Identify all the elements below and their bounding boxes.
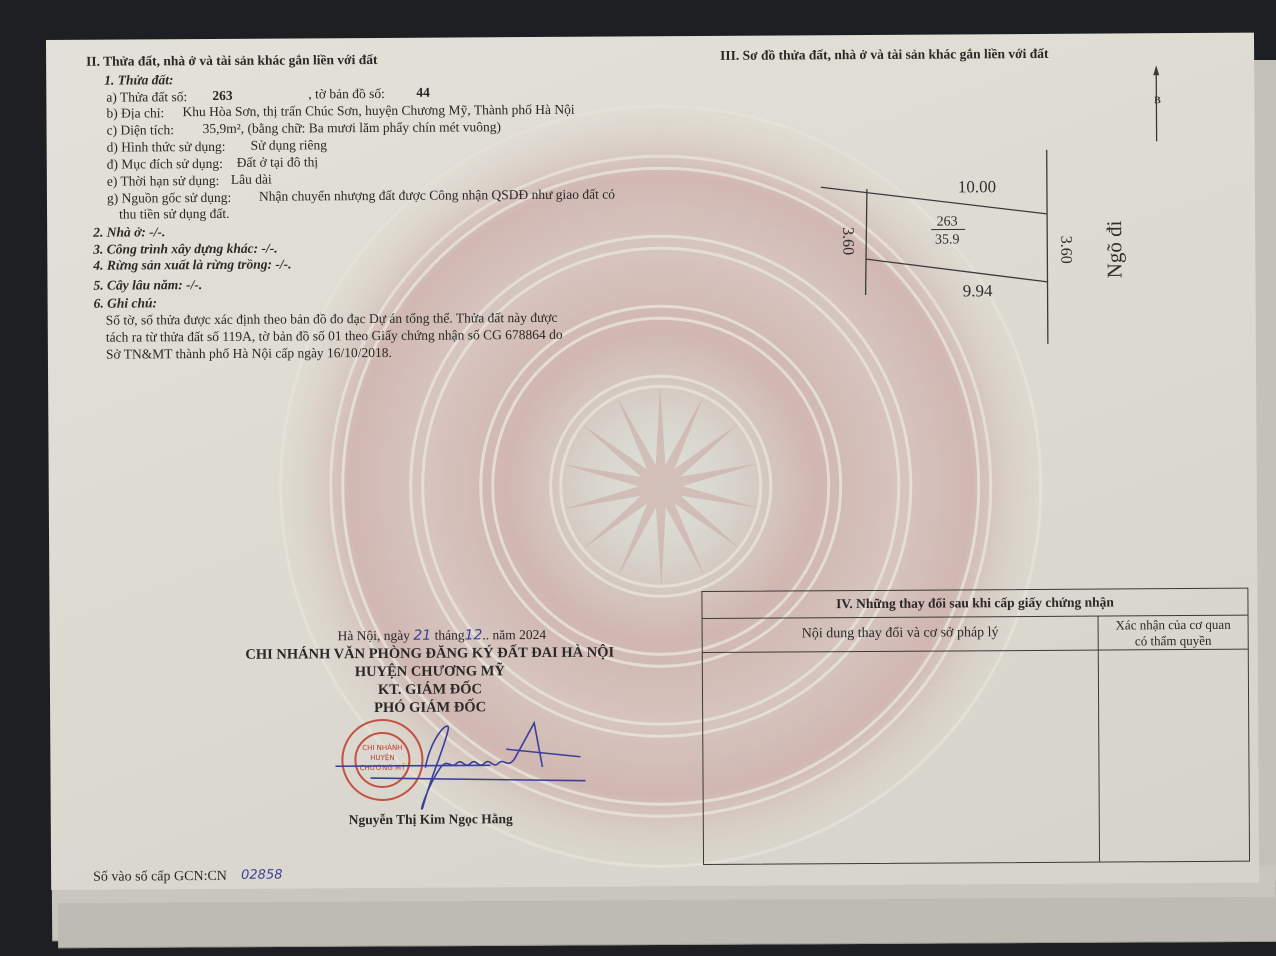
notes-line-1: Số tờ, số thửa được xác định theo bản đồ… [106,310,558,328]
section-iii-title: III. Sơ đồ thửa đất, nhà ở và tài sản kh… [720,46,1048,63]
address-label: b) Địa chỉ: [106,105,164,120]
notes-line-3: Sở TN&MT thành phố Hà Nội cấp ngày 16/10… [106,345,392,362]
notes-line-2: tách ra từ thửa đất số 119A, tờ bản đồ s… [106,327,563,345]
origin-value-line2: thu tiền sử dụng đất. [119,206,230,222]
office-line-1: CHI NHÁNH VĂN PHÒNG ĐĂNG KÝ ĐẤT ĐAI HÀ N… [210,645,650,663]
changes-table: IV. Những thay đổi sau khi cấp giấy chứn… [701,588,1250,865]
signer-name: Nguyễn Thị Kim Ngọc Hằng [271,811,591,828]
north-arrow-icon [1153,65,1159,75]
official-seal-and-signature-icon: CHI NHÁNH HUYỆN CHƯƠNG MỸ [330,707,591,819]
seal-text-1: CHI NHÁNH [362,743,402,752]
date-month-label: tháng [435,627,465,642]
section-ii-title: II. Thửa đất, nhà ở và tài sản khác gắn … [86,52,377,69]
edge-right: 3.60 [1057,236,1074,264]
registry-label: Số vào sổ cấp GCN:CN [93,869,227,885]
road-label: Ngõ đi [1102,220,1126,278]
parcel-number: 263 [212,88,232,103]
date-line: Hà Nội, ngày 21 tháng12.. năm 2024 [338,627,547,644]
office-line-2: HUYỆN CHƯƠNG MỸ [210,663,650,681]
origin-value-line1: Nhận chuyển nhượng đất được Công nhận QS… [259,187,615,204]
map-sheet-number: 44 [416,85,430,100]
map-sheet-label: , tờ bản đồ số: [308,86,385,101]
address-value: Khu Hòa Sơn, thị trấn Chúc Sơn, huyện Ch… [182,102,574,119]
parcel-area-diagram: 35.9 [935,232,960,247]
production-forest-row: 4. Rừng sản xuất là rừng trồng: -/-. [93,257,291,273]
role-line-1: KT. GIÁM ĐỐC [210,681,650,699]
north-label: B [1154,95,1161,106]
authority-line-1: Xác nhận của cơ quan [1099,617,1248,634]
parcel-number-diagram: 263 [937,214,958,229]
registry-number-handwritten: 02858 [241,868,282,883]
changes-table-title: IV. Những thay đổi sau khi cấp giấy chứn… [702,589,1247,619]
notes-heading: 6. Ghi chú: [94,295,157,310]
purpose-value: Đất ở tại đô thị [237,154,318,169]
seal-text-2: HUYỆN [370,753,394,762]
date-prefix: Hà Nội, ngày [338,628,410,643]
edge-top: 10.00 [958,177,996,196]
certificate-stack-edge-lower [58,897,1276,948]
other-construction-row: 3. Công trình xây dựng khác: -/-. [93,241,277,257]
changes-column-content: Nội dung thay đổi và cơ sở pháp lý [703,616,1098,652]
seal-text-3: CHƯƠNG MỸ [360,763,407,772]
land-use-certificate-page: II. Thửa đất, nhà ở và tài sản khác gắn … [46,33,1259,890]
date-month-handwritten: 12 [465,627,483,643]
term-value: Lâu dài [231,172,272,187]
edge-bottom: 9.94 [963,281,993,300]
house-row: 2. Nhà ở: -/-. [93,224,165,239]
authority-line-2: có thẩm quyền [1099,633,1248,650]
changes-column-authority: Xác nhận của cơ quan có thẩm quyền [1099,617,1248,650]
edge-left: 3.60 [839,227,856,255]
purpose-label: đ) Mục đích sử dụng: [107,156,223,172]
origin-label: g) Nguồn gốc sử dụng: [107,190,231,206]
usage-form-value: Sử dụng riêng [251,137,327,152]
area-label: c) Diện tích: [107,122,175,137]
usage-form-label: d) Hình thức sử dụng: [107,139,226,155]
perennial-trees-row: 5. Cây lâu năm: -/-. [93,277,202,293]
parcel-label: a) Thửa đất số: [106,89,187,104]
area-value: 35,9m², (bằng chữ: Ba mươi lăm phẩy chín… [202,119,500,136]
date-day-handwritten: 21 [413,628,431,644]
date-year: năm 2024 [492,627,546,642]
term-label: e) Thời hạn sử dụng: [107,173,220,189]
land-parcel-heading: 1. Thửa đất: [104,72,173,87]
parcel-diagram: B 10.00 263 35.9 9.94 3.60 3.60 Ngõ đi [806,63,1188,355]
